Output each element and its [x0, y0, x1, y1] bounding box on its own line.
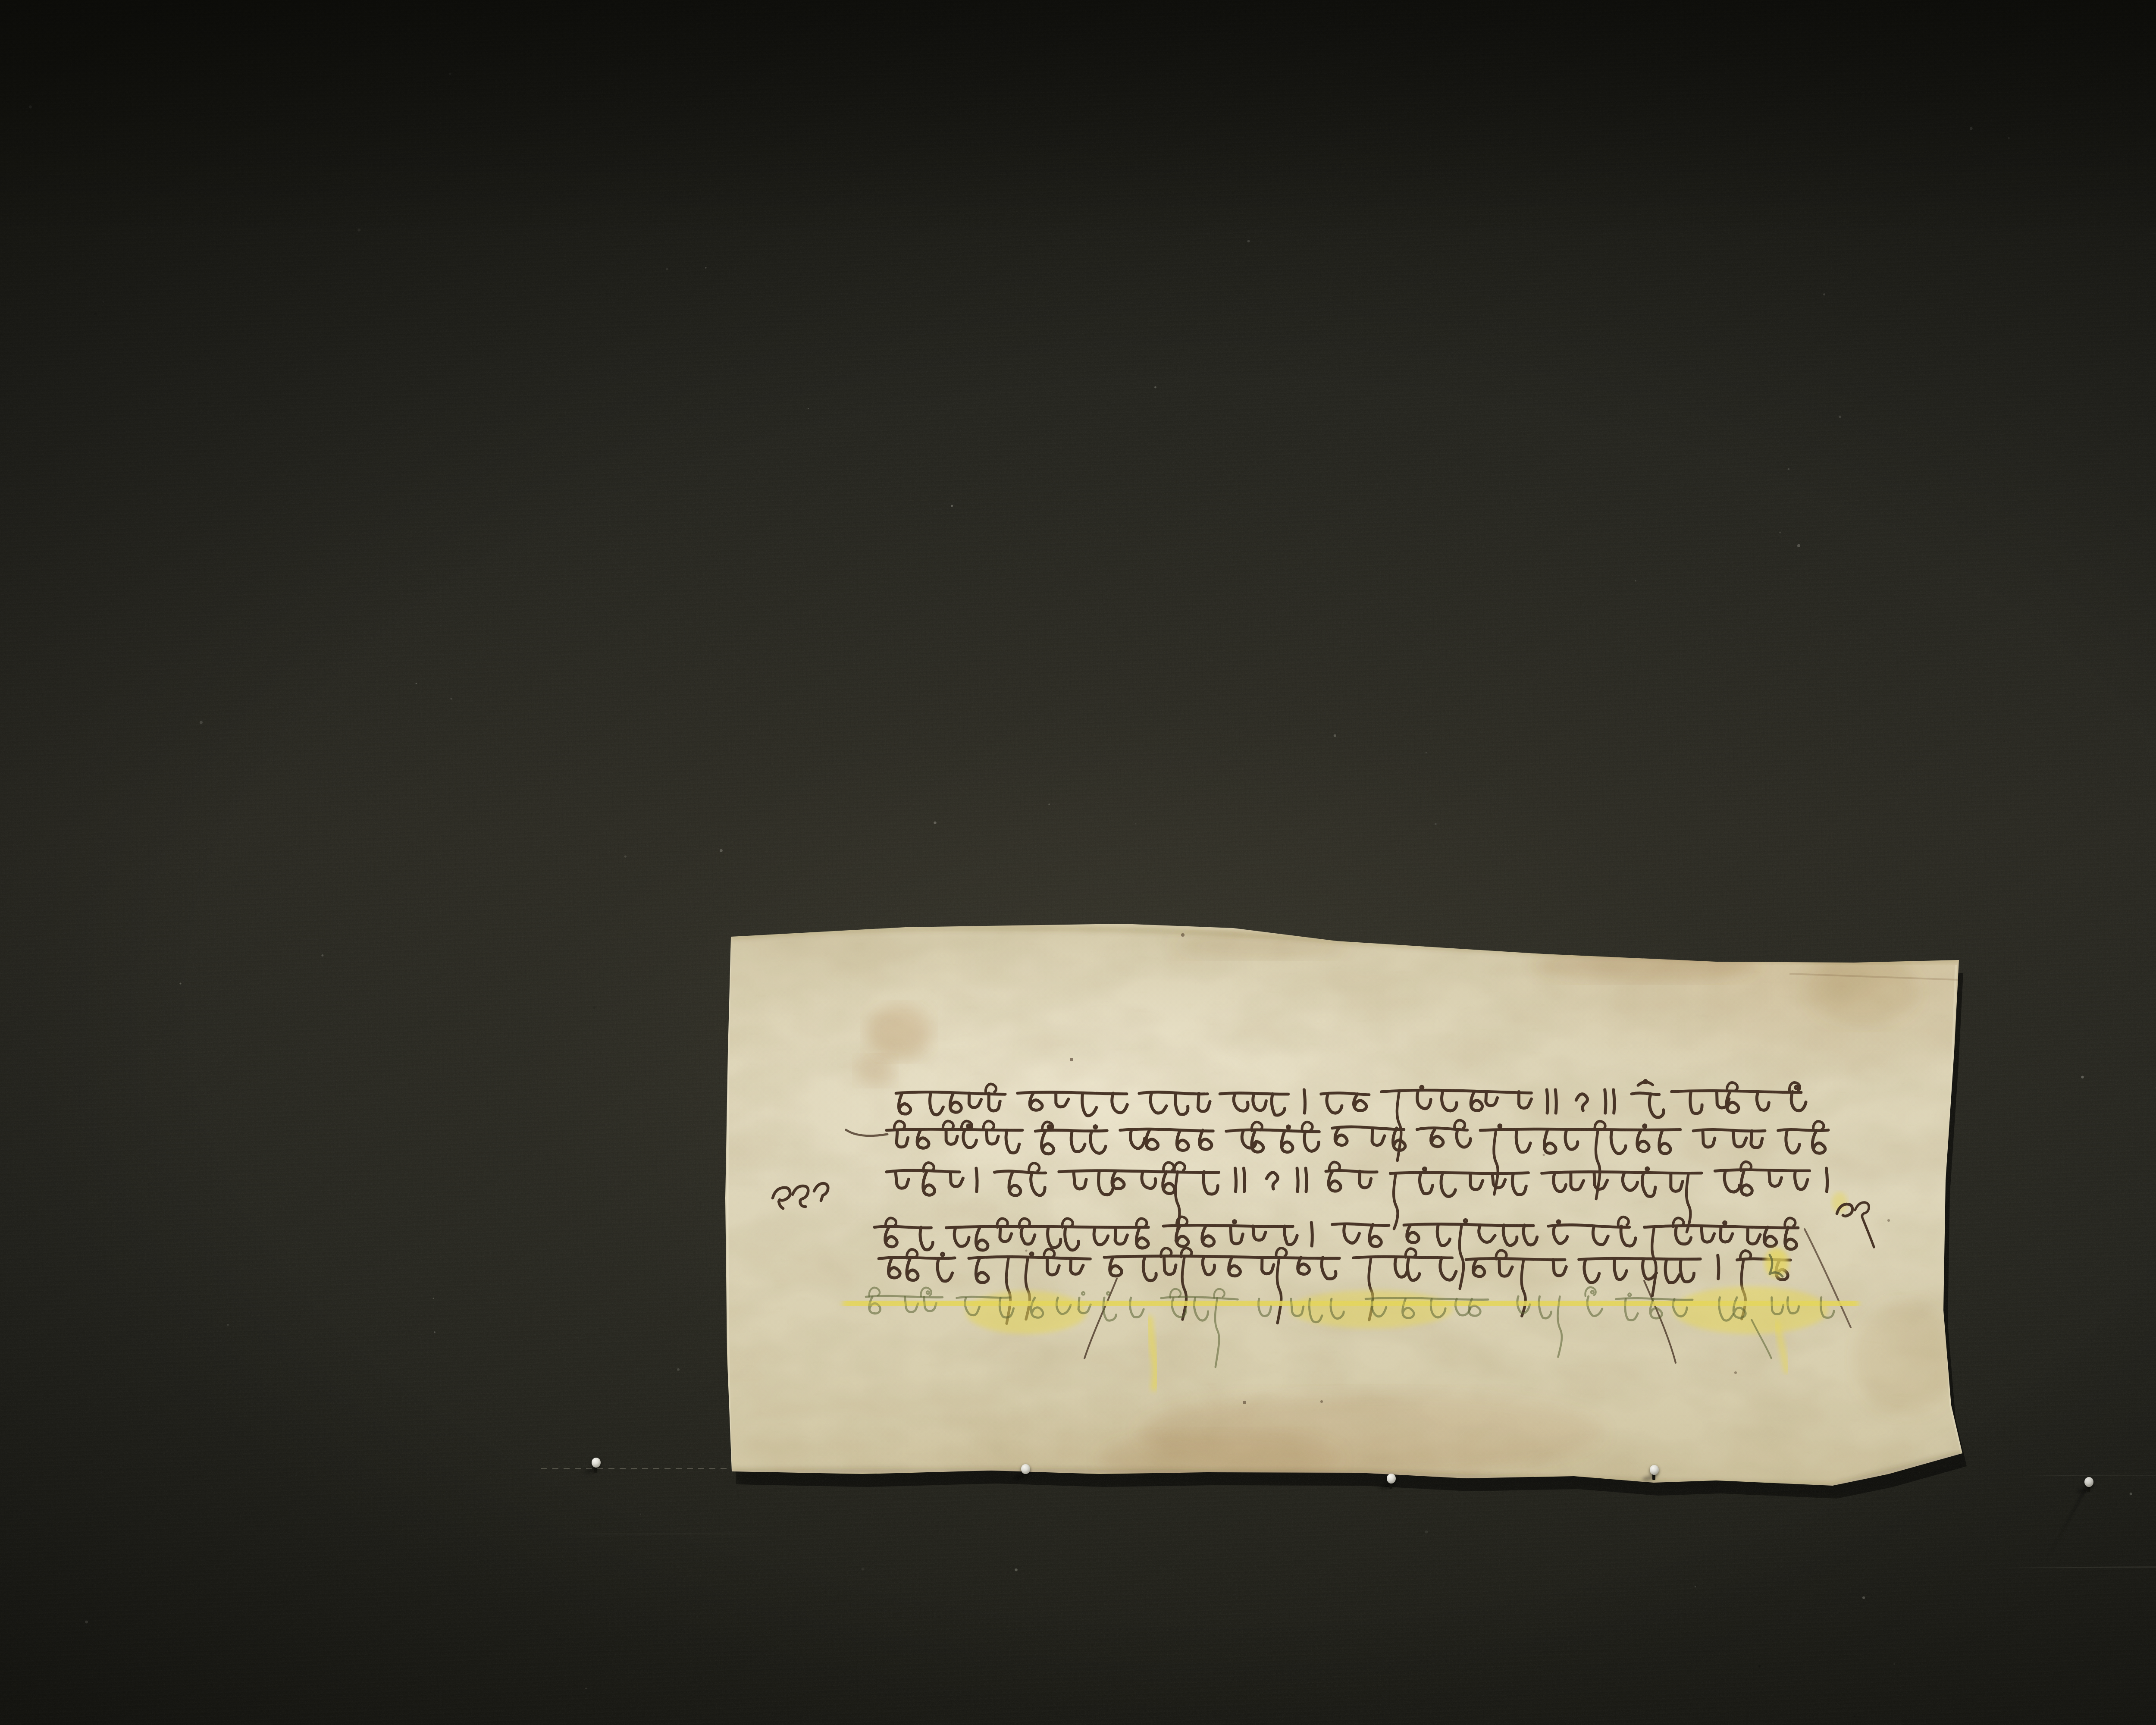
pin: [1017, 1464, 1034, 1484]
pin: [1382, 1474, 1400, 1493]
handwritten-ink-layer: [724, 922, 1977, 1493]
pin: [2080, 1477, 2097, 1497]
photograph-of-manuscript: { "scene": { "kind": "handwritten manusc…: [0, 0, 2156, 1725]
pin: [587, 1458, 605, 1477]
pin: [1645, 1465, 1663, 1485]
manuscript-page: ণ্যাবিশন্ সখাসুশেব এধিনঃ স্বাহা ৷ ইদং বা…: [724, 922, 1977, 1493]
